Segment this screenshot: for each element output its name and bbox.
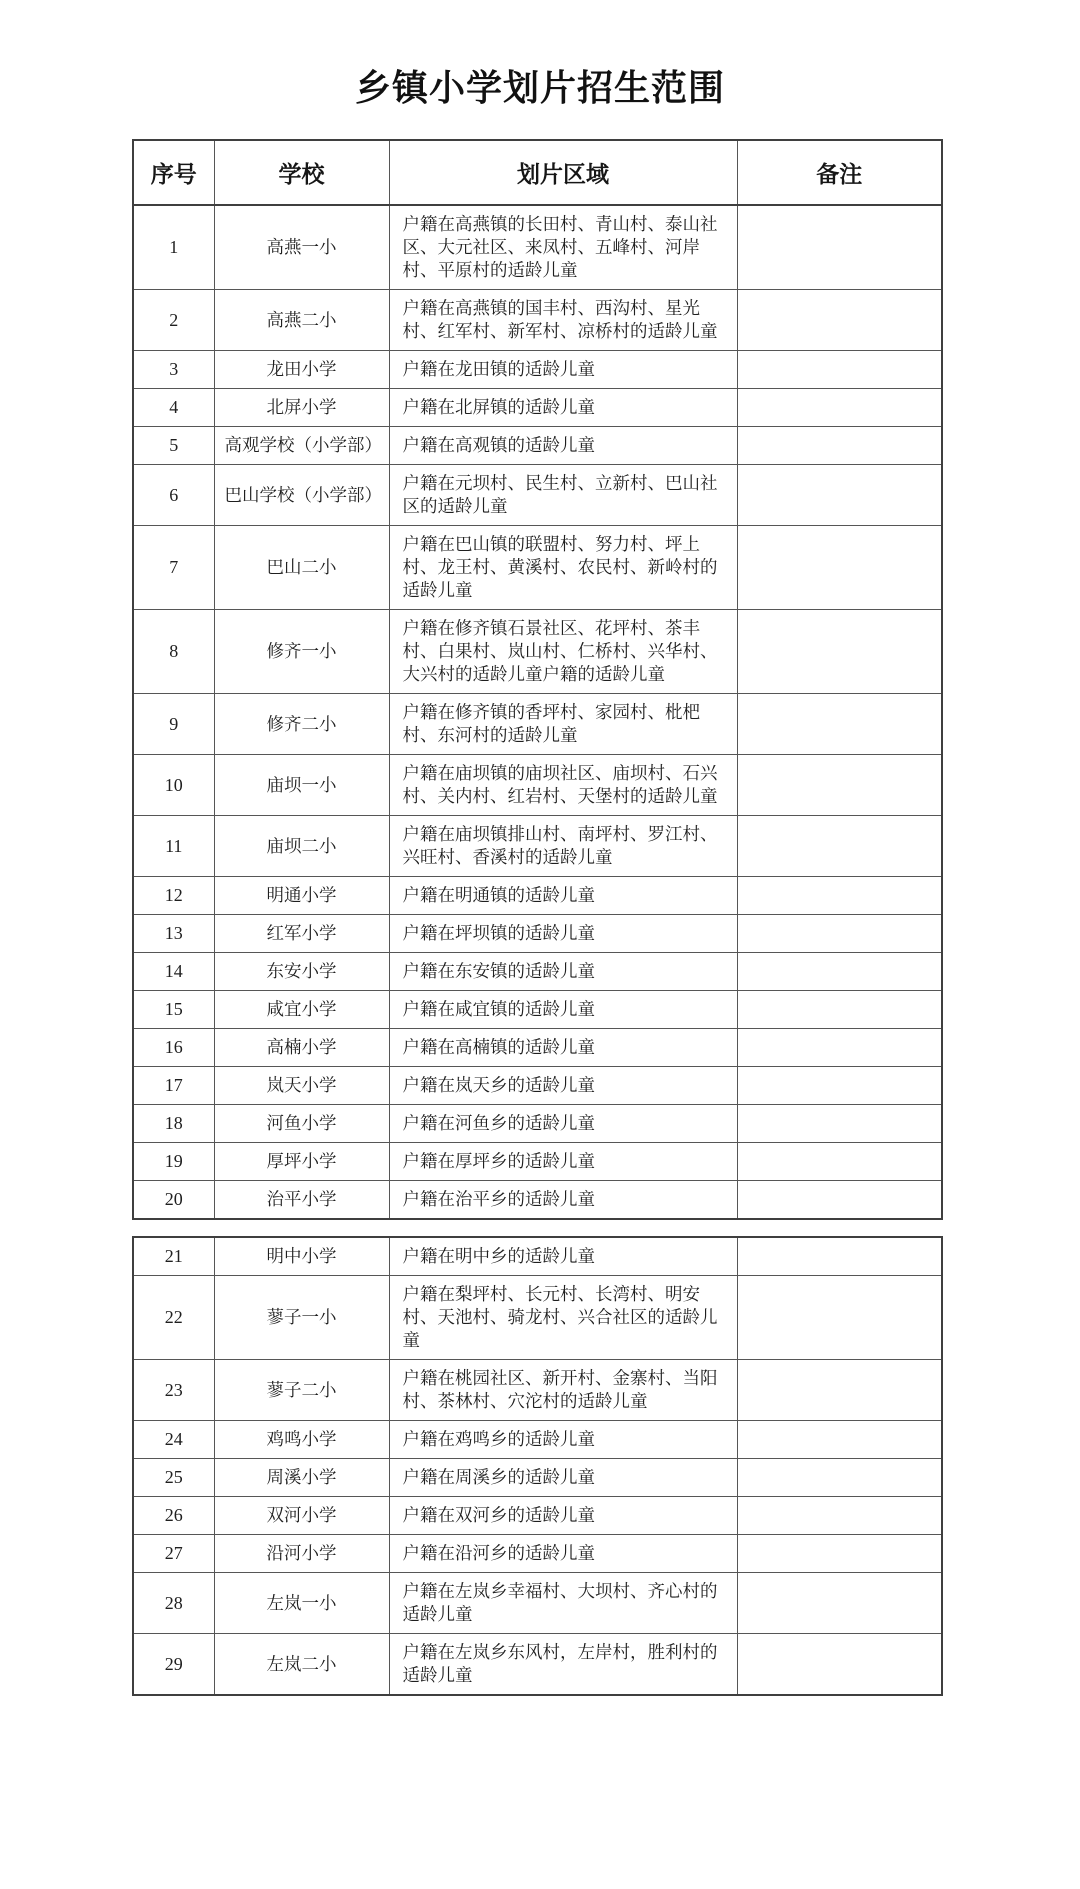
zone-description-cell: 户籍在鸡鸣乡的适龄儿童 [389, 1421, 737, 1459]
row-number-cell: 16 [133, 1029, 214, 1067]
note-cell [737, 1421, 942, 1459]
zone-description-cell: 户籍在高燕镇的长田村、青山村、泰山社区、大元社区、来凤村、五峰村、河岸村、平原村… [389, 205, 737, 290]
note-cell [737, 427, 942, 465]
table-body-rows-1-20: 1高燕一小户籍在高燕镇的长田村、青山村、泰山社区、大元社区、来凤村、五峰村、河岸… [133, 205, 942, 1219]
note-cell [737, 991, 942, 1029]
table-row: 9修齐二小户籍在修齐镇的香坪村、家园村、枇杷村、东河村的适龄儿童 [133, 694, 942, 755]
school-name-cell: 沿河小学 [214, 1535, 389, 1573]
row-number-cell: 15 [133, 991, 214, 1029]
row-number-cell: 3 [133, 351, 214, 389]
school-name-cell: 巴山学校（小学部） [214, 465, 389, 526]
table-row: 6巴山学校（小学部）户籍在元坝村、民生村、立新村、巴山社区的适龄儿童 [133, 465, 942, 526]
table-row: 8修齐一小户籍在修齐镇石景社区、花坪村、茶丰村、白果村、岚山村、仁桥村、兴华村、… [133, 610, 942, 694]
school-name-cell: 蓼子一小 [214, 1276, 389, 1360]
note-cell [737, 1459, 942, 1497]
zone-description-cell: 户籍在北屏镇的适龄儿童 [389, 389, 737, 427]
enrollment-table-section-2: 21明中小学户籍在明中乡的适龄儿童22蓼子一小户籍在梨坪村、长元村、长湾村、明安… [132, 1236, 941, 1696]
table-row: 26双河小学户籍在双河乡的适龄儿童 [133, 1497, 942, 1535]
row-number-cell: 23 [133, 1360, 214, 1421]
zone-description-cell: 户籍在明中乡的适龄儿童 [389, 1237, 737, 1276]
row-number-cell: 6 [133, 465, 214, 526]
row-number-cell: 7 [133, 526, 214, 610]
row-number-cell: 14 [133, 953, 214, 991]
note-cell [737, 1360, 942, 1421]
school-name-cell: 治平小学 [214, 1181, 389, 1220]
row-number-cell: 26 [133, 1497, 214, 1535]
school-name-cell: 明中小学 [214, 1237, 389, 1276]
table-row: 10庙坝一小户籍在庙坝镇的庙坝社区、庙坝村、石兴村、关内村、红岩村、天堡村的适龄… [133, 755, 942, 816]
note-cell [737, 1181, 942, 1220]
zone-description-cell: 户籍在河鱼乡的适龄儿童 [389, 1105, 737, 1143]
zone-description-cell: 户籍在沿河乡的适龄儿童 [389, 1535, 737, 1573]
school-name-cell: 左岚一小 [214, 1573, 389, 1634]
note-cell [737, 1143, 942, 1181]
table-row: 16高楠小学户籍在高楠镇的适龄儿童 [133, 1029, 942, 1067]
school-name-cell: 鸡鸣小学 [214, 1421, 389, 1459]
table-row: 19厚坪小学户籍在厚坪乡的适龄儿童 [133, 1143, 942, 1181]
zone-description-cell: 户籍在治平乡的适龄儿童 [389, 1181, 737, 1220]
column-header-note: 备注 [737, 140, 942, 205]
table-row: 25周溪小学户籍在周溪乡的适龄儿童 [133, 1459, 942, 1497]
table-row: 23蓼子二小户籍在桃园社区、新开村、金寨村、当阳村、茶林村、穴沱村的适龄儿童 [133, 1360, 942, 1421]
enrollment-table-section-1: 序号 学校 划片区域 备注 1高燕一小户籍在高燕镇的长田村、青山村、泰山社区、大… [132, 139, 941, 1220]
column-header-school: 学校 [214, 140, 389, 205]
school-name-cell: 高观学校（小学部） [214, 427, 389, 465]
note-cell [737, 465, 942, 526]
note-cell [737, 1573, 942, 1634]
note-cell [737, 1276, 942, 1360]
row-number-cell: 5 [133, 427, 214, 465]
school-name-cell: 高楠小学 [214, 1029, 389, 1067]
school-name-cell: 修齐一小 [214, 610, 389, 694]
school-name-cell: 蓼子二小 [214, 1360, 389, 1421]
table-row: 27沿河小学户籍在沿河乡的适龄儿童 [133, 1535, 942, 1573]
table-row: 7巴山二小户籍在巴山镇的联盟村、努力村、坪上村、龙王村、黄溪村、农民村、新岭村的… [133, 526, 942, 610]
row-number-cell: 1 [133, 205, 214, 290]
zone-description-cell: 户籍在东安镇的适龄儿童 [389, 953, 737, 991]
row-number-cell: 21 [133, 1237, 214, 1276]
note-cell [737, 1105, 942, 1143]
note-cell [737, 877, 942, 915]
zone-description-cell: 户籍在厚坪乡的适龄儿童 [389, 1143, 737, 1181]
school-name-cell: 双河小学 [214, 1497, 389, 1535]
zone-description-cell: 户籍在修齐镇的香坪村、家园村、枇杷村、东河村的适龄儿童 [389, 694, 737, 755]
zone-description-cell: 户籍在岚天乡的适龄儿童 [389, 1067, 737, 1105]
enrollment-table-2: 21明中小学户籍在明中乡的适龄儿童22蓼子一小户籍在梨坪村、长元村、长湾村、明安… [132, 1236, 943, 1696]
school-name-cell: 厚坪小学 [214, 1143, 389, 1181]
table-row: 1高燕一小户籍在高燕镇的长田村、青山村、泰山社区、大元社区、来凤村、五峰村、河岸… [133, 205, 942, 290]
table-row: 13红军小学户籍在坪坝镇的适龄儿童 [133, 915, 942, 953]
zone-description-cell: 户籍在明通镇的适龄儿童 [389, 877, 737, 915]
table-row: 12明通小学户籍在明通镇的适龄儿童 [133, 877, 942, 915]
zone-description-cell: 户籍在坪坝镇的适龄儿童 [389, 915, 737, 953]
row-number-cell: 25 [133, 1459, 214, 1497]
table-row: 24鸡鸣小学户籍在鸡鸣乡的适龄儿童 [133, 1421, 942, 1459]
table-header-row: 序号 学校 划片区域 备注 [133, 140, 942, 205]
zone-description-cell: 户籍在龙田镇的适龄儿童 [389, 351, 737, 389]
row-number-cell: 28 [133, 1573, 214, 1634]
table-row: 20治平小学户籍在治平乡的适龄儿童 [133, 1181, 942, 1220]
table-row: 11庙坝二小户籍在庙坝镇排山村、南坪村、罗江村、兴旺村、香溪村的适龄儿童 [133, 816, 942, 877]
note-cell [737, 816, 942, 877]
school-name-cell: 河鱼小学 [214, 1105, 389, 1143]
zone-description-cell: 户籍在梨坪村、长元村、长湾村、明安村、天池村、骑龙村、兴合社区的适龄儿童 [389, 1276, 737, 1360]
school-name-cell: 巴山二小 [214, 526, 389, 610]
zone-description-cell: 户籍在修齐镇石景社区、花坪村、茶丰村、白果村、岚山村、仁桥村、兴华村、大兴村的适… [389, 610, 737, 694]
table-row: 21明中小学户籍在明中乡的适龄儿童 [133, 1237, 942, 1276]
table-row: 29左岚二小户籍在左岚乡东风村，左岸村，胜利村的适龄儿童 [133, 1634, 942, 1696]
document-page: 乡镇小学划片招生范围 序号 学校 划片区域 备注 1高燕一小户籍在高燕镇的长田村… [0, 0, 1080, 1696]
row-number-cell: 29 [133, 1634, 214, 1696]
table-row: 18河鱼小学户籍在河鱼乡的适龄儿童 [133, 1105, 942, 1143]
zone-description-cell: 户籍在周溪乡的适龄儿童 [389, 1459, 737, 1497]
note-cell [737, 290, 942, 351]
table-row: 15咸宜小学户籍在咸宜镇的适龄儿童 [133, 991, 942, 1029]
row-number-cell: 18 [133, 1105, 214, 1143]
table-row: 17岚天小学户籍在岚天乡的适龄儿童 [133, 1067, 942, 1105]
note-cell [737, 526, 942, 610]
school-name-cell: 东安小学 [214, 953, 389, 991]
zone-description-cell: 户籍在元坝村、民生村、立新村、巴山社区的适龄儿童 [389, 465, 737, 526]
row-number-cell: 2 [133, 290, 214, 351]
school-name-cell: 明通小学 [214, 877, 389, 915]
row-number-cell: 4 [133, 389, 214, 427]
note-cell [737, 694, 942, 755]
note-cell [737, 1237, 942, 1276]
school-name-cell: 高燕二小 [214, 290, 389, 351]
row-number-cell: 19 [133, 1143, 214, 1181]
note-cell [737, 1535, 942, 1573]
note-cell [737, 205, 942, 290]
row-number-cell: 11 [133, 816, 214, 877]
column-header-no: 序号 [133, 140, 214, 205]
row-number-cell: 12 [133, 877, 214, 915]
row-number-cell: 22 [133, 1276, 214, 1360]
row-number-cell: 9 [133, 694, 214, 755]
table-row: 28左岚一小户籍在左岚乡幸福村、大坝村、齐心村的适龄儿童 [133, 1573, 942, 1634]
zone-description-cell: 户籍在双河乡的适龄儿童 [389, 1497, 737, 1535]
note-cell [737, 1497, 942, 1535]
table-body-rows-21-29: 21明中小学户籍在明中乡的适龄儿童22蓼子一小户籍在梨坪村、长元村、长湾村、明安… [133, 1237, 942, 1695]
note-cell [737, 1029, 942, 1067]
school-name-cell: 北屏小学 [214, 389, 389, 427]
note-cell [737, 1067, 942, 1105]
zone-description-cell: 户籍在左岚乡东风村，左岸村，胜利村的适龄儿童 [389, 1634, 737, 1696]
column-header-zone: 划片区域 [389, 140, 737, 205]
note-cell [737, 953, 942, 991]
school-name-cell: 庙坝一小 [214, 755, 389, 816]
table-row: 2高燕二小户籍在高燕镇的国丰村、西沟村、星光村、红军村、新军村、凉桥村的适龄儿童 [133, 290, 942, 351]
row-number-cell: 20 [133, 1181, 214, 1220]
zone-description-cell: 户籍在巴山镇的联盟村、努力村、坪上村、龙王村、黄溪村、农民村、新岭村的适龄儿童 [389, 526, 737, 610]
zone-description-cell: 户籍在桃园社区、新开村、金寨村、当阳村、茶林村、穴沱村的适龄儿童 [389, 1360, 737, 1421]
table-row: 14东安小学户籍在东安镇的适龄儿童 [133, 953, 942, 991]
school-name-cell: 龙田小学 [214, 351, 389, 389]
zone-description-cell: 户籍在左岚乡幸福村、大坝村、齐心村的适龄儿童 [389, 1573, 737, 1634]
row-number-cell: 24 [133, 1421, 214, 1459]
row-number-cell: 13 [133, 915, 214, 953]
page-title: 乡镇小学划片招生范围 [0, 0, 1080, 109]
row-number-cell: 8 [133, 610, 214, 694]
note-cell [737, 351, 942, 389]
zone-description-cell: 户籍在咸宜镇的适龄儿童 [389, 991, 737, 1029]
note-cell [737, 915, 942, 953]
school-name-cell: 庙坝二小 [214, 816, 389, 877]
zone-description-cell: 户籍在高观镇的适龄儿童 [389, 427, 737, 465]
note-cell [737, 1634, 942, 1696]
school-name-cell: 高燕一小 [214, 205, 389, 290]
school-name-cell: 左岚二小 [214, 1634, 389, 1696]
zone-description-cell: 户籍在庙坝镇排山村、南坪村、罗江村、兴旺村、香溪村的适龄儿童 [389, 816, 737, 877]
table-row: 4北屏小学户籍在北屏镇的适龄儿童 [133, 389, 942, 427]
table-row: 22蓼子一小户籍在梨坪村、长元村、长湾村、明安村、天池村、骑龙村、兴合社区的适龄… [133, 1276, 942, 1360]
table-row: 5高观学校（小学部）户籍在高观镇的适龄儿童 [133, 427, 942, 465]
note-cell [737, 389, 942, 427]
note-cell [737, 755, 942, 816]
school-name-cell: 周溪小学 [214, 1459, 389, 1497]
note-cell [737, 610, 942, 694]
table-row: 3龙田小学户籍在龙田镇的适龄儿童 [133, 351, 942, 389]
school-name-cell: 修齐二小 [214, 694, 389, 755]
school-name-cell: 岚天小学 [214, 1067, 389, 1105]
row-number-cell: 17 [133, 1067, 214, 1105]
zone-description-cell: 户籍在高楠镇的适龄儿童 [389, 1029, 737, 1067]
school-name-cell: 咸宜小学 [214, 991, 389, 1029]
enrollment-table-1: 序号 学校 划片区域 备注 1高燕一小户籍在高燕镇的长田村、青山村、泰山社区、大… [132, 139, 943, 1220]
row-number-cell: 27 [133, 1535, 214, 1573]
school-name-cell: 红军小学 [214, 915, 389, 953]
zone-description-cell: 户籍在高燕镇的国丰村、西沟村、星光村、红军村、新军村、凉桥村的适龄儿童 [389, 290, 737, 351]
row-number-cell: 10 [133, 755, 214, 816]
zone-description-cell: 户籍在庙坝镇的庙坝社区、庙坝村、石兴村、关内村、红岩村、天堡村的适龄儿童 [389, 755, 737, 816]
